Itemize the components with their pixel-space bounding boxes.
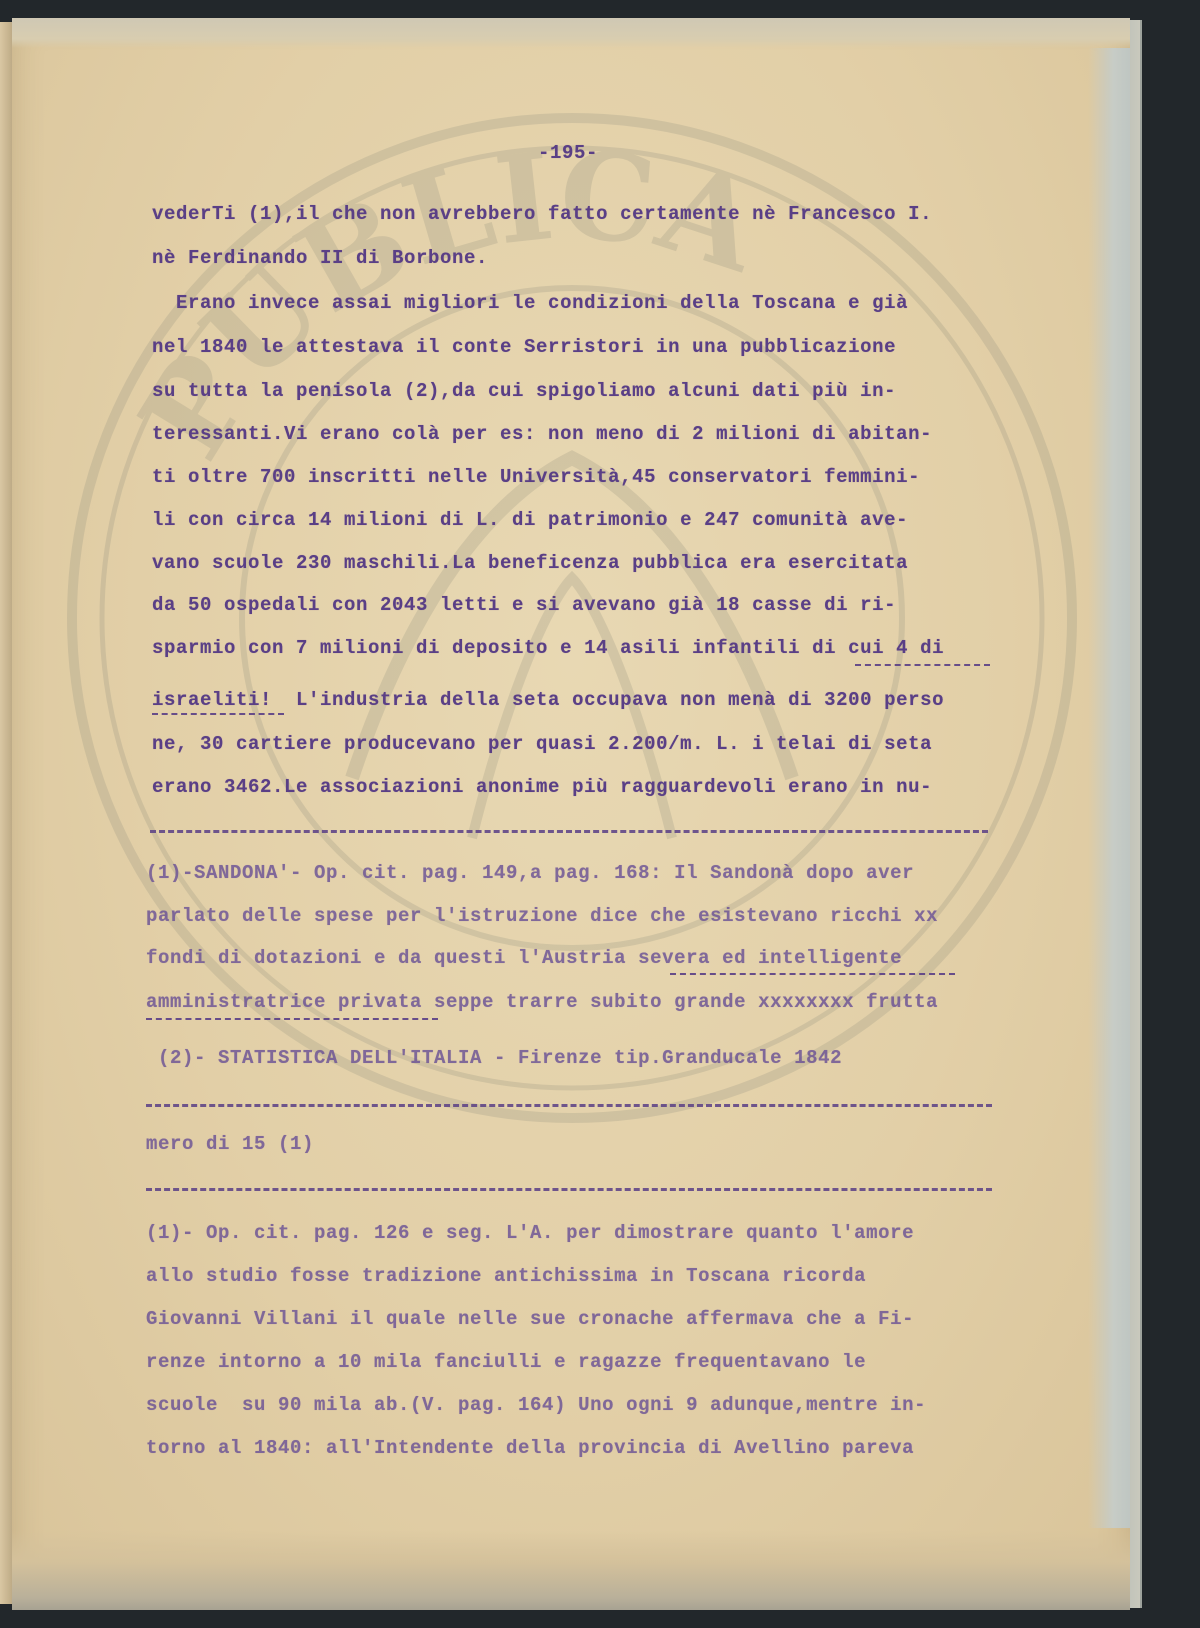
body-line: nè Ferdinando II di Borbone. — [152, 247, 488, 269]
footnote-line: (2)- STATISTICA DELL'ITALIA - Firenze ti… — [146, 1047, 842, 1069]
separator-line — [146, 1104, 992, 1107]
page-right-edge — [1088, 48, 1130, 1528]
page-number: -195- — [538, 142, 598, 164]
page-bottom-stain — [12, 1530, 1130, 1610]
footnote-line: renze intorno a 10 mila fanciulli e raga… — [146, 1351, 866, 1373]
footnote-line: (1)- Op. cit. pag. 126 e seg. L'A. per d… — [146, 1222, 914, 1244]
separator-line — [150, 830, 988, 833]
footnote-line: scuole su 90 mila ab.(V. pag. 164) Uno o… — [146, 1394, 926, 1416]
underline-amministratrice-privata — [146, 1018, 438, 1020]
body-line: sparmio con 7 milioni di deposito e 14 a… — [152, 637, 944, 659]
footnote-line: parlato delle spese per l'istruzione dic… — [146, 905, 938, 927]
body-line: teressanti.Vi erano colà per es: non men… — [152, 423, 932, 445]
footnote-line: fondi di dotazioni e da questi l'Austria… — [146, 947, 902, 969]
footnote-line: torno al 1840: all'Intendente della prov… — [146, 1437, 914, 1459]
underline-severa-ed-intelligente — [670, 973, 955, 975]
footnote-line: amministratrice privata seppe trarre sub… — [146, 991, 938, 1013]
footnote-line: allo studio fosse tradizione antichissim… — [146, 1265, 866, 1287]
continuation-line: mero di 15 (1) — [146, 1133, 314, 1155]
body-line: vano scuole 230 maschili.La beneficenza … — [152, 552, 908, 574]
body-line: Erano invece assai migliori le condizion… — [152, 292, 908, 314]
body-line: nel 1840 le attestava il conte Serristor… — [152, 336, 896, 358]
underline-di-cui-4-di — [855, 664, 990, 666]
body-line: li con circa 14 milioni di L. di patrimo… — [152, 509, 908, 531]
footnote-line: Giovanni Villani il quale nelle sue cron… — [146, 1308, 914, 1330]
body-line: vederTi (1),il che non avrebbero fatto c… — [152, 203, 932, 225]
underline-israeliti — [152, 713, 284, 715]
separator-line — [146, 1188, 992, 1191]
page-top-discoloration — [12, 18, 1130, 48]
footnote-line: (1)-SANDONA'- Op. cit. pag. 149,a pag. 1… — [146, 862, 914, 884]
body-line: ne, 30 cartiere producevano per quasi 2.… — [152, 733, 932, 755]
body-line: erano 3462.Le associazioni anonime più r… — [152, 776, 932, 798]
body-line: israeliti! L'industria della seta occupa… — [152, 689, 944, 711]
watermark-seal-icon: PUBLICA — [52, 78, 1112, 1178]
body-line: ti oltre 700 inscritti nelle Università,… — [152, 466, 920, 488]
body-line: da 50 ospedali con 2043 letti e si aveva… — [152, 594, 896, 616]
body-line: su tutta la penisola (2),da cui spigolia… — [152, 380, 896, 402]
